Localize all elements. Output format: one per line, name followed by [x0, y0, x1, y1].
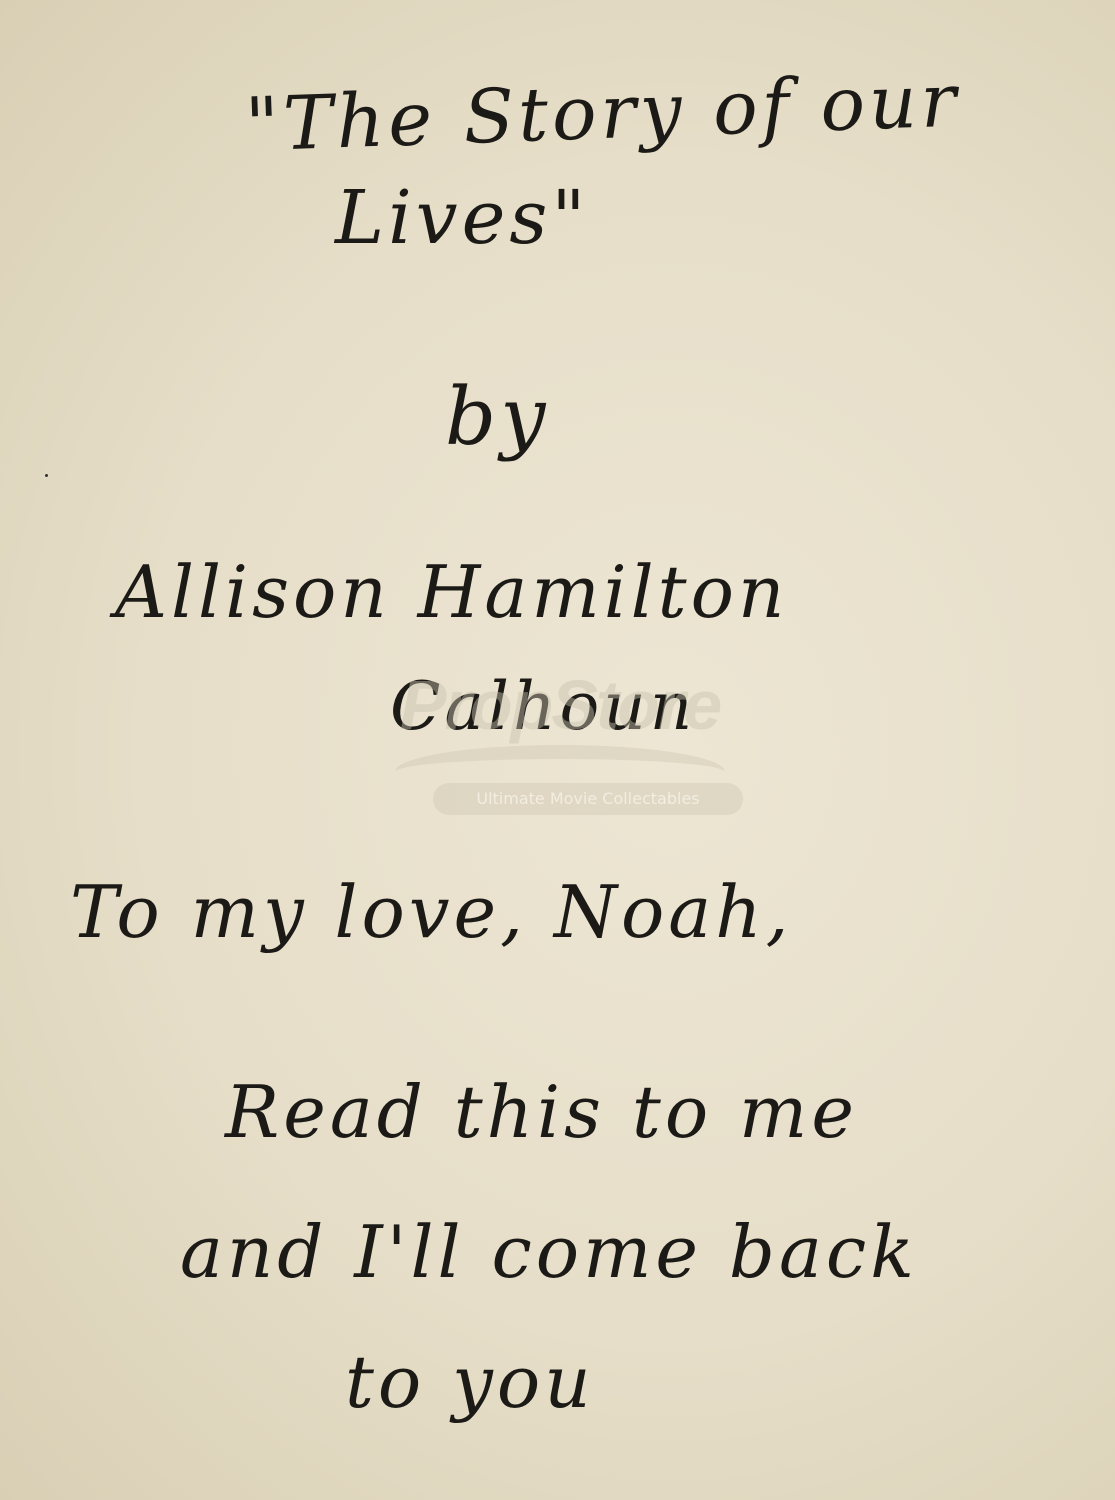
ink-dot	[45, 474, 48, 477]
by-line: by	[445, 370, 549, 463]
watermark-swoosh-icon	[395, 745, 725, 799]
dedication-line-2: Read this to me	[225, 1070, 858, 1154]
dedication-line-3: and I'll come back	[180, 1210, 918, 1294]
author-line-2: Calhoun	[390, 668, 696, 745]
dedication-line-4: to you	[345, 1340, 595, 1424]
title-line-1: "The Story of our	[244, 58, 962, 169]
author-line-1: Allison Hamilton	[115, 550, 788, 634]
handwritten-page: "The Story of our Lives" by Allison Hami…	[0, 0, 1115, 1500]
watermark-tagline: Ultimate Movie Collectables	[433, 783, 743, 815]
title-line-2: Lives"	[335, 175, 589, 261]
dedication-line-1: To my love, Noah,	[70, 870, 792, 954]
